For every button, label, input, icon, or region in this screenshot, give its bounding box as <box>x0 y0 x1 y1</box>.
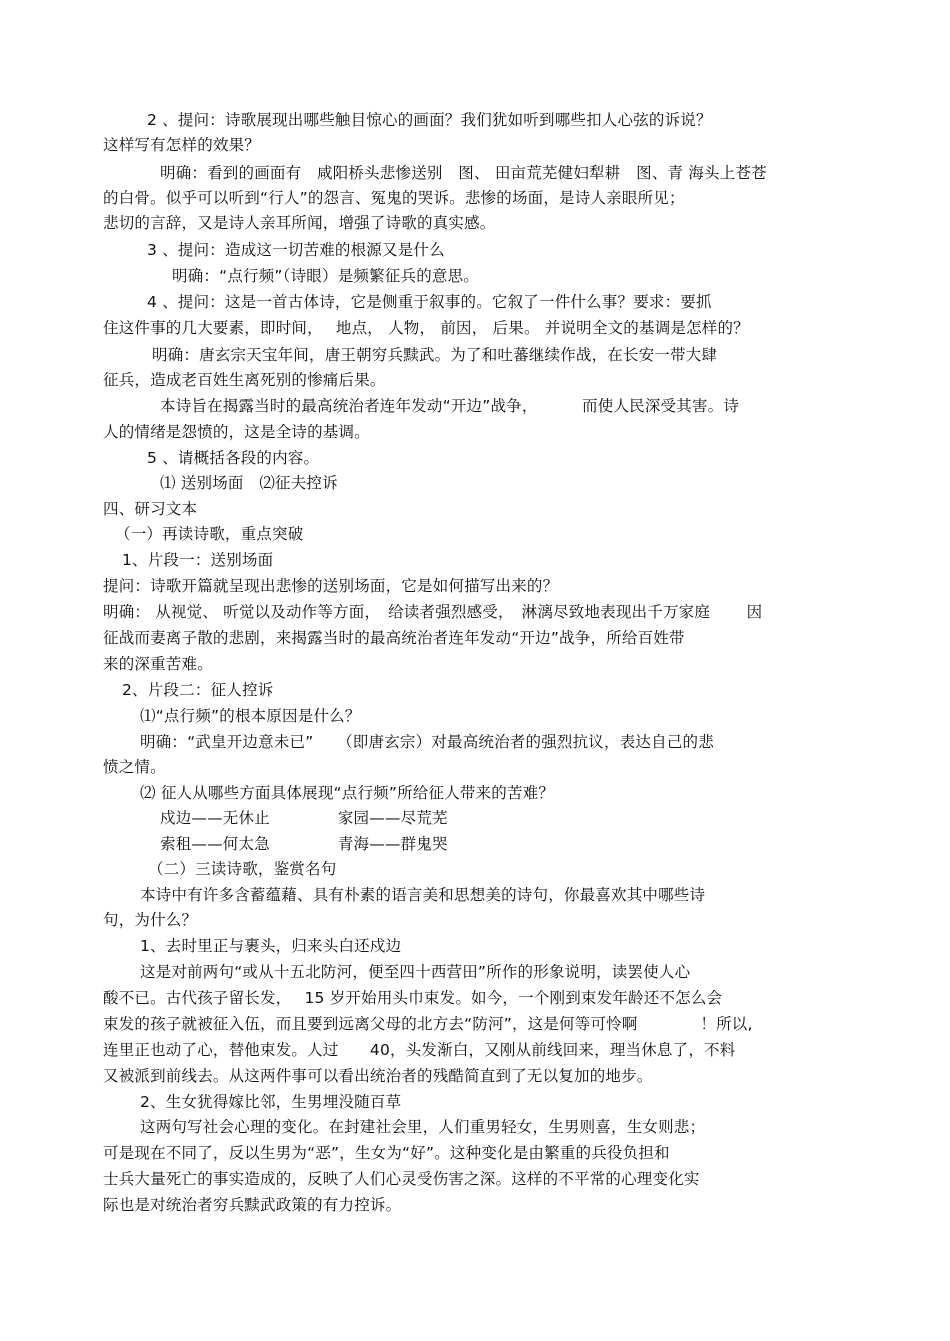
text-line: 明确：“点行频”（诗眼）是频繁征兵的意思。 <box>172 266 479 286</box>
text-line: 四、研习文本 <box>103 499 197 519</box>
text-line: 索租——何太急 青海——群鬼哭 <box>160 834 448 854</box>
text-line: 人的情绪是怨愤的，这是全诗的基调。 <box>103 422 370 442</box>
text-line: 的白骨。似乎可以听到“行人”的怨言、冤鬼的哭诉。悲惨的场面，是诗人亲眼所见； <box>103 188 685 208</box>
text-line: 征战而妻离子散的悲剧，来揭露当时的最高统治者连年发动“开边”战争，所给百姓带 <box>103 628 685 648</box>
text-line: 明确：看到的画面有 咸阳桥头悲惨送别 图、 田亩荒芜健妇犁耕 图、青 海头上苍苍 <box>160 163 767 183</box>
text-line: 束发的孩子就被征入伍，而且要到远离父母的北方去“防河”，这是何等可怜啊 ！所以, <box>103 1014 753 1034</box>
text-line: 本诗中有许多含蓄蕴藉、具有朴素的语言美和思想美的诗句，你最喜欢其中哪些诗 <box>140 885 705 905</box>
text-line: 来的深重苦难。 <box>103 654 213 674</box>
text-line: 句，为什么？ <box>103 910 197 930</box>
text-line: 5 、请概括各段的内容。 <box>147 448 319 468</box>
text-line: ⑴ 送别场面 ⑵征夫控诉 <box>160 473 338 493</box>
text-line: 提问：诗歌开篇就呈现出悲惨的送别场面，它是如何描写出来的？ <box>103 576 558 596</box>
text-line: （一）再读诗歌，重点突破 <box>115 524 303 544</box>
text-line: 可是现在不同了，反以生男为“恶”，生女为“好”。这种变化是由繁重的兵役负担和 <box>103 1143 670 1163</box>
text-line: 1、去时里正与裹头，归来头白还戍边 <box>140 936 401 956</box>
text-line: 3 、提问：造成这一切苦难的根源又是什么 <box>147 240 445 260</box>
text-line: 1、片段一：送别场面 <box>122 550 273 570</box>
text-line: 征兵，造成老百姓生离死别的惨痛后果。 <box>103 370 386 390</box>
text-line: 悲切的言辞，又是诗人亲耳所闻，增强了诗歌的真实感。 <box>103 213 496 233</box>
text-line: 明确：“武皇开边意未已” （即唐玄宗）对最高统治者的强烈抗议，表达自己的悲 <box>140 732 714 752</box>
text-line: 际也是对统治者穷兵黩武政策的有力控诉。 <box>103 1195 401 1215</box>
text-line: 这两句写社会心理的变化。在封建社会里，人们重男轻女，生男则喜，生女则悲； <box>140 1117 705 1137</box>
text-line: 连里正也动了心，替他束发。人过 40，头发渐白，又刚从前线回来，理当休息了，不料 <box>103 1040 735 1060</box>
text-line: 2、生女犹得嫁比邻，生男埋没随百草 <box>140 1092 401 1112</box>
text-line: 明确： 从视觉、 听觉以及动作等方面， 给读者强烈感受， 淋漓尽致地表现出千万家… <box>103 602 762 622</box>
text-line: （二）三读诗歌，鉴赏名句 <box>148 859 336 879</box>
text-line: 住这件事的几大要素，即时间， 地点， 人物， 前因， 后果。 并说明全文的基调是… <box>103 318 749 338</box>
text-line: 4 、提问：这是一首古体诗，它是侧重于叙事的。它叙了一件什么事？要求：要抓 <box>147 292 712 312</box>
text-line: ⑴“点行频”的根本原因是什么？ <box>140 706 361 726</box>
text-line: ⑵ 征人从哪些方面具体展现“点行频”所给征人带来的苦难？ <box>140 783 554 803</box>
text-line: 愤之情。 <box>103 757 166 777</box>
text-line: 又被派到前线去。从这两件事可以看出统治者的残酷简直到了无以复加的地步。 <box>103 1066 653 1086</box>
text-line: 这样写有怎样的效果？ <box>103 135 260 155</box>
text-line: 明确：唐玄宗天宝年间，唐王朝穷兵黩武。为了和吐蕃继续作战，在长安一带大肆 <box>152 345 717 365</box>
text-line: 士兵大量死亡的事实造成的，反映了人们心灵受伤害之深。这样的不平常的心理变化实 <box>103 1169 700 1189</box>
text-line: 酸不已。古代孩子留长发， 15 岁开始用头巾束发。如今，一个刚到束发年龄还不怎么… <box>103 988 722 1008</box>
text-line: 2 、提问：诗歌展现出哪些触目惊心的画面？我们犹如听到哪些扣人心弦的诉说？ <box>147 110 712 130</box>
text-line: 2、片段二：征人控诉 <box>122 680 273 700</box>
text-line: 戍边——无休止 家园——尽荒芜 <box>160 808 448 828</box>
text-line: 本诗旨在揭露当时的最高统治者连年发动“开边”战争， 而使人民深受其害。诗 <box>160 396 739 416</box>
text-line: 这是对前两句“或从十五北防河，便至四十西营田”所作的形象说明，读罢使人心 <box>140 962 690 982</box>
